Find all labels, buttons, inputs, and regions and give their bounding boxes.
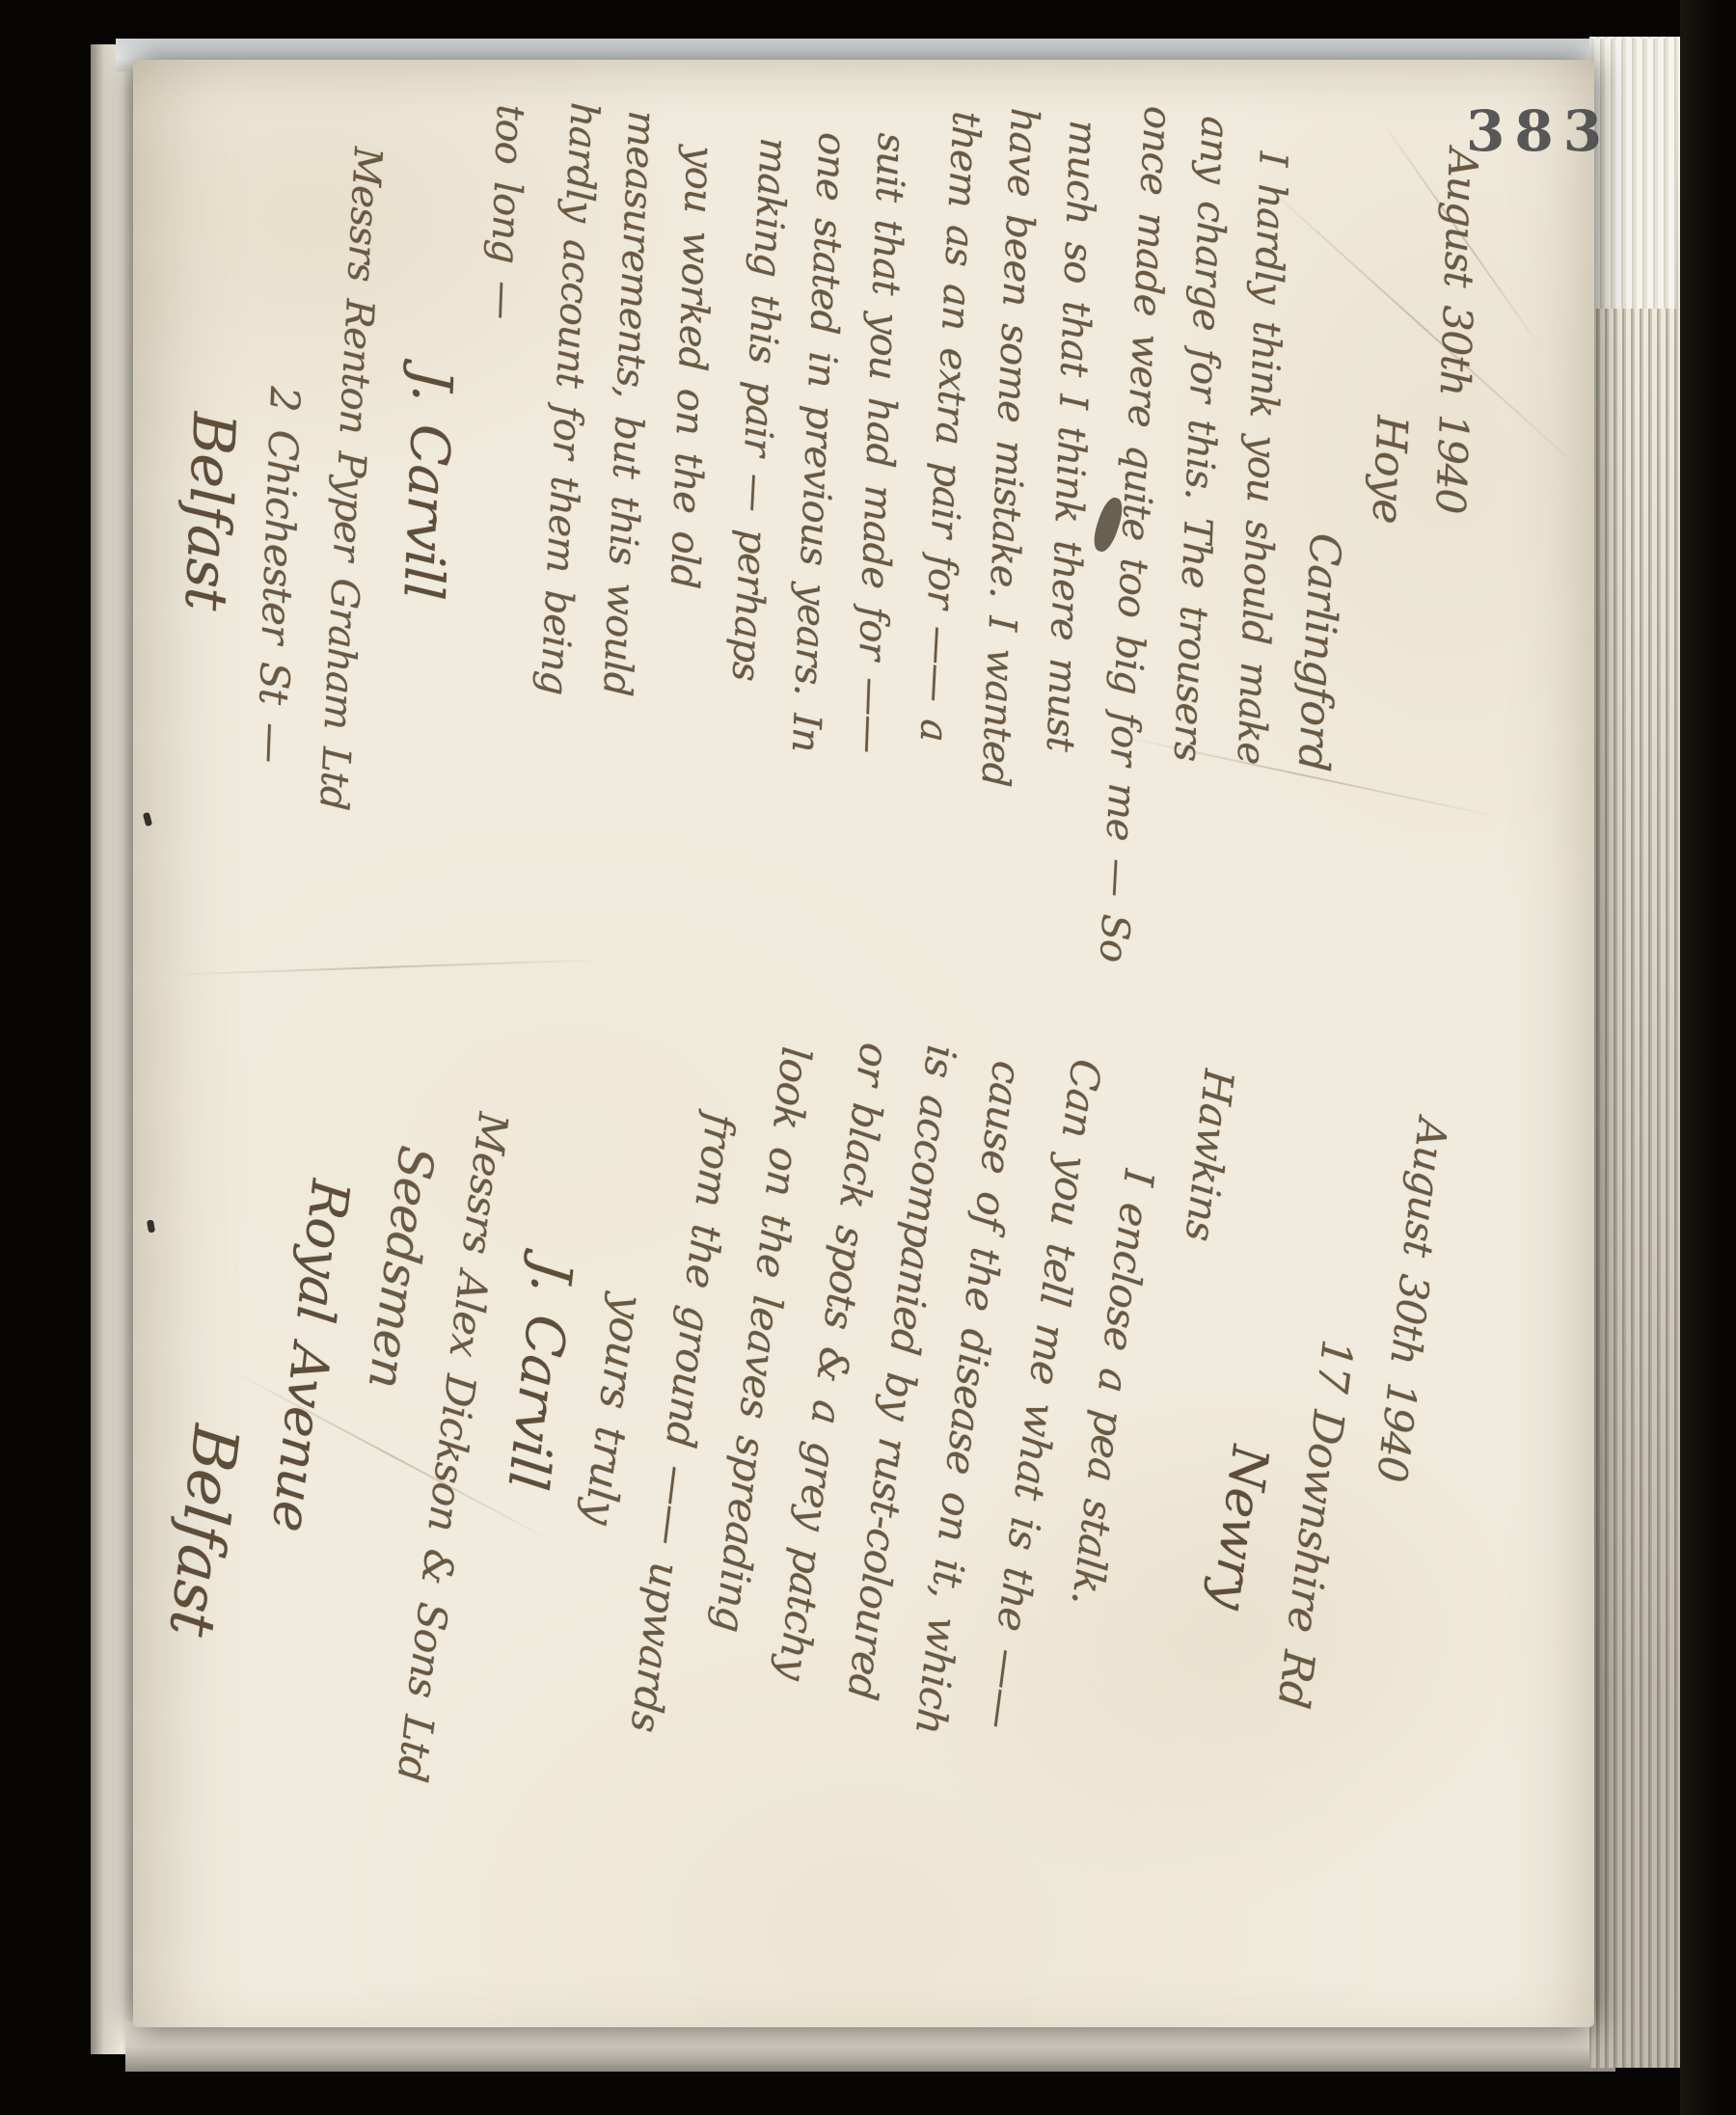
page-stack-corner-top-right (1591, 39, 1676, 309)
letterbook-photo: 383 August 30th 1940 Hoye Carlingford I … (0, 0, 1736, 2115)
page-stack-edge-right (1589, 37, 1680, 2068)
page-edge-bottom (125, 2021, 1615, 2072)
letter-2: August 30th 1940 17 Downshire Rd Newry H… (93, 935, 1461, 2083)
book-cover-right (1680, 0, 1736, 2115)
